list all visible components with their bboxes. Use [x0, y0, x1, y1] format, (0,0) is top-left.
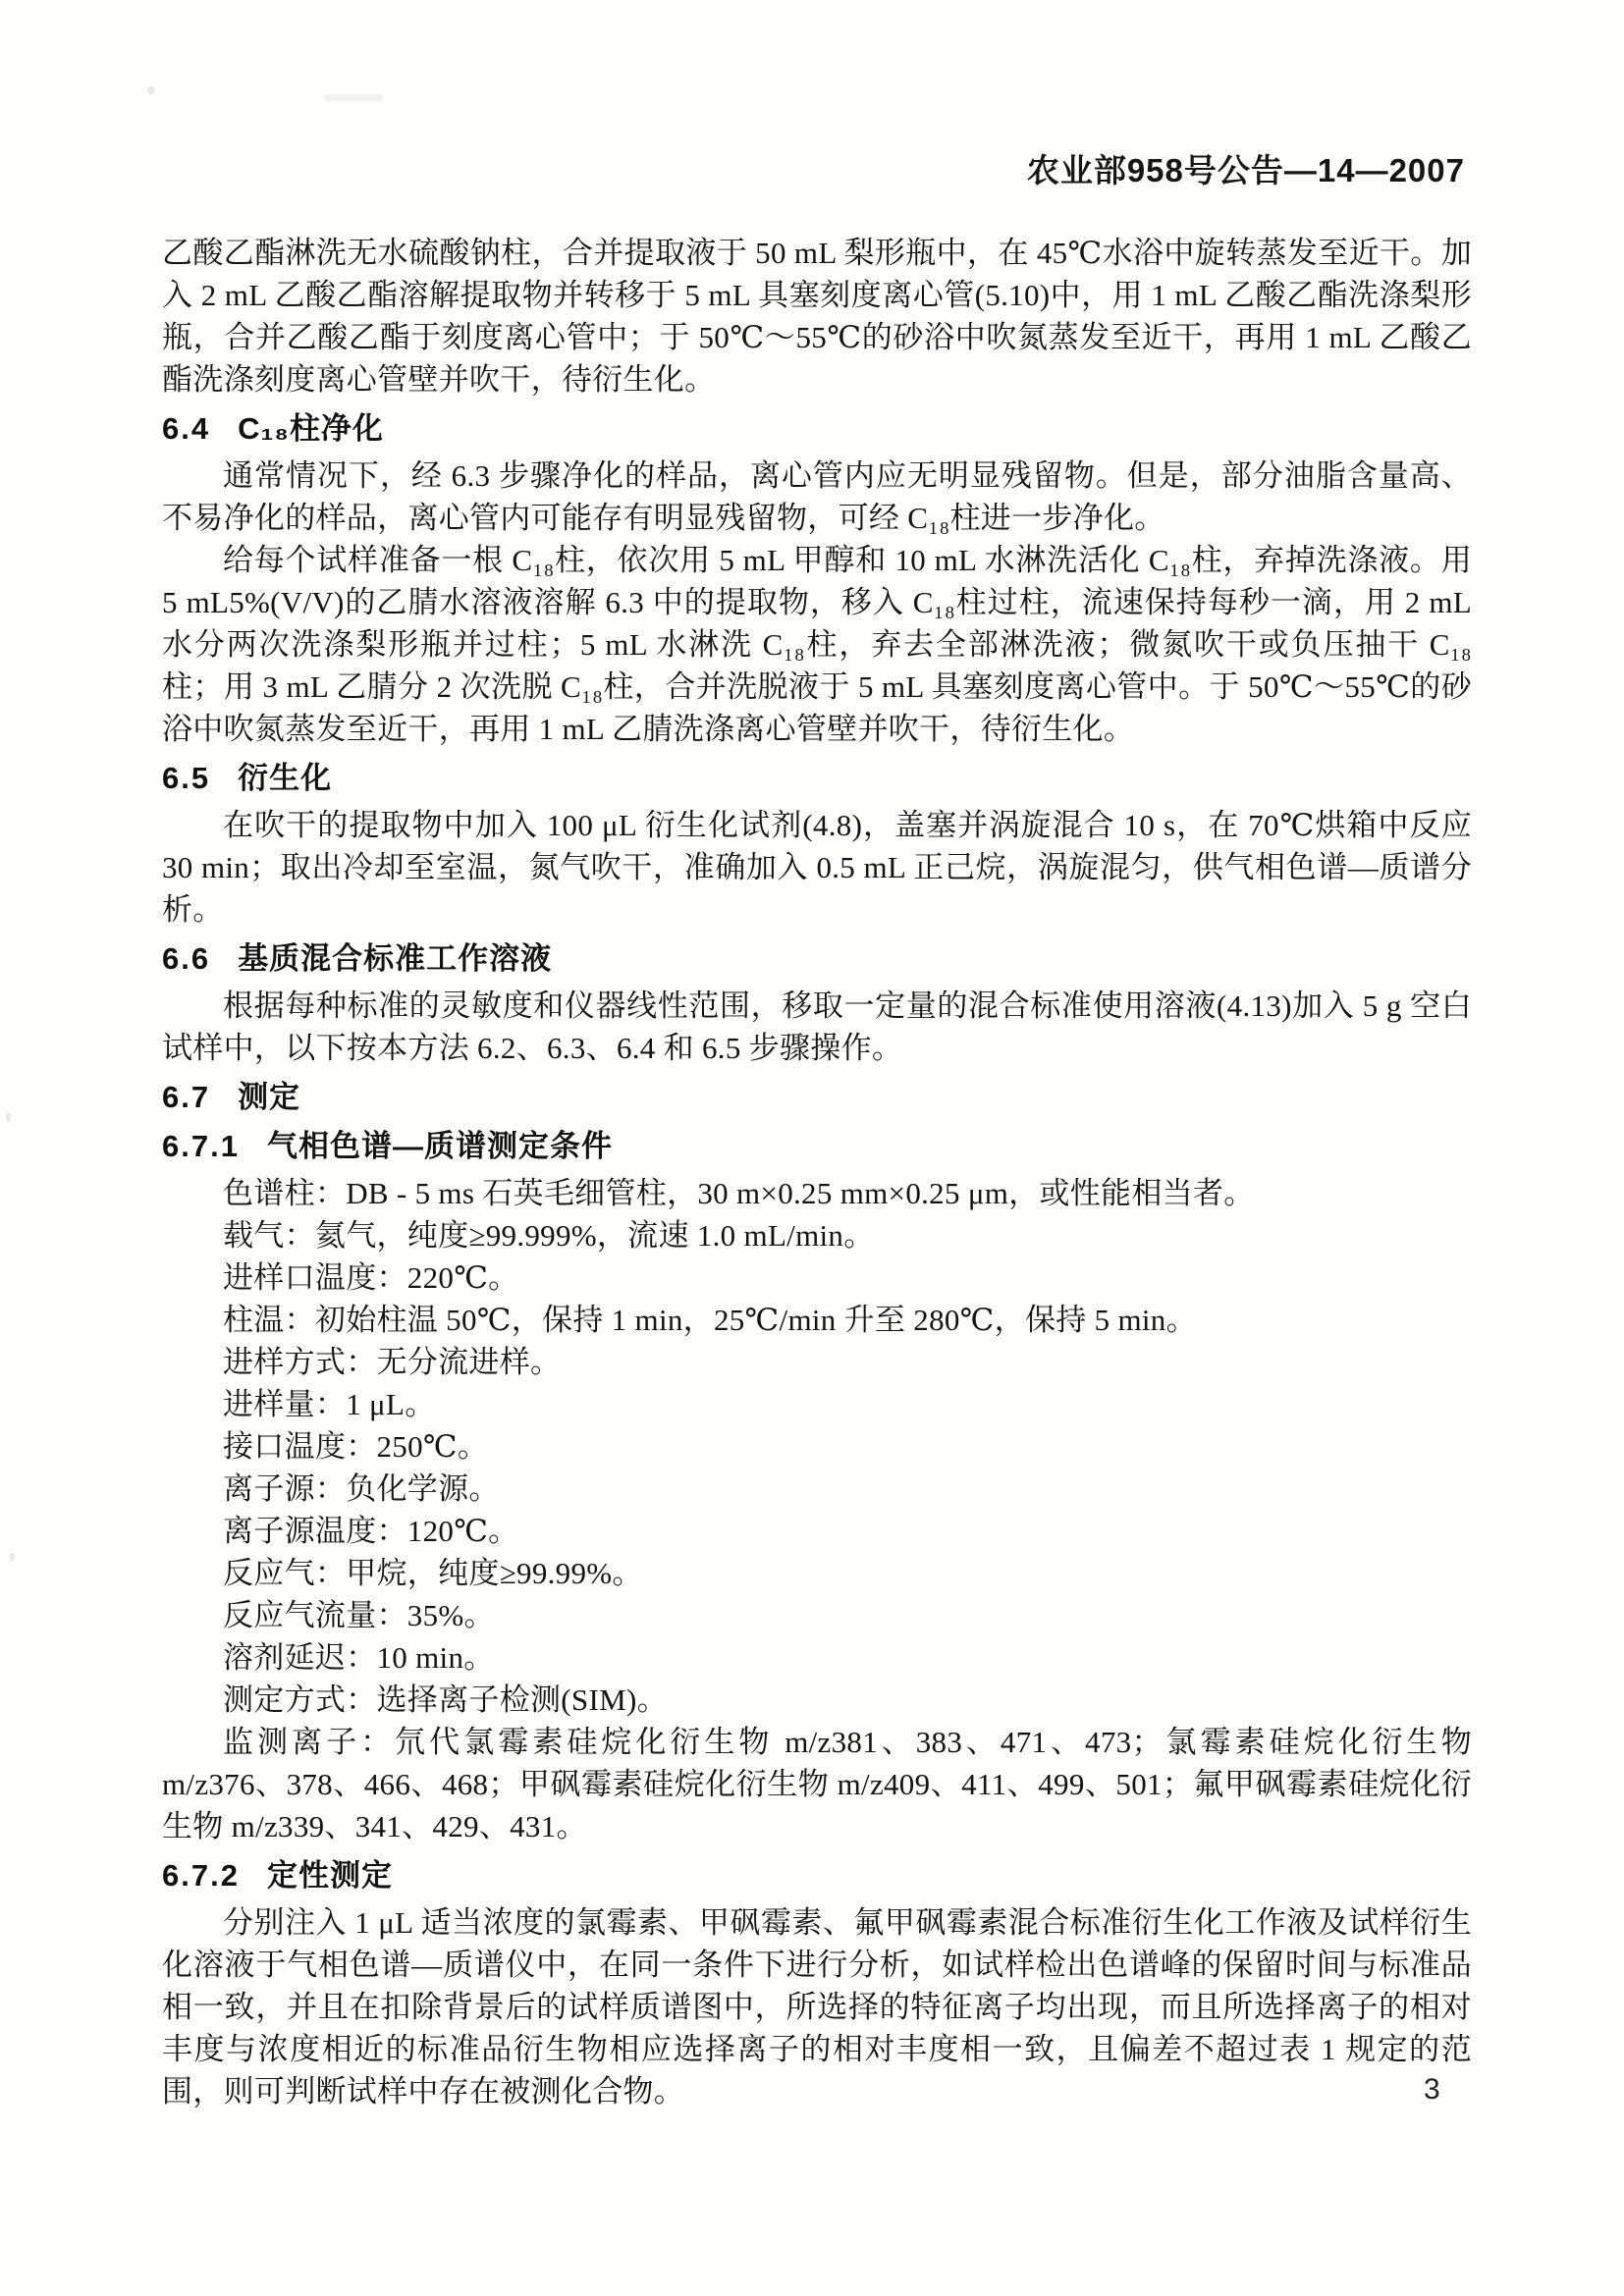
paragraph: 离子源温度：120℃。: [162, 1510, 1472, 1552]
section-heading-6.6: 6.6基质混合标准工作溶液: [162, 937, 1472, 980]
paragraph: 接口温度：250℃。: [162, 1425, 1472, 1468]
paragraph: 给每个试样准备一根 C₁₈柱，依次用 5 mL 甲醇和 10 mL 水淋洗活化 …: [162, 539, 1472, 750]
scan-artifact: [147, 86, 155, 94]
section-heading-6.7.2: 6.7.2定性测定: [162, 1854, 1472, 1896]
document-body: 乙酸乙酯淋洗无水硫酸钠柱，合并提取液于 50 mL 梨形瓶中，在 45℃水浴中旋…: [162, 232, 1472, 2112]
paragraph: 在吹干的提取物中加入 100 μL 衍生化试剂(4.8)，盖塞并涡旋混合 10 …: [162, 804, 1472, 931]
paragraph: 柱温：初始柱温 50℃，保持 1 min，25℃/min 升至 280℃，保持 …: [162, 1299, 1472, 1341]
section-title: 气相色谱—质谱测定条件: [267, 1129, 613, 1163]
section-heading-6.5: 6.5衍生化: [162, 757, 1472, 799]
page-number: 3: [1424, 2073, 1440, 2107]
section-title: C₁₈柱净化: [238, 411, 384, 446]
paragraph: 监测离子：氘代氯霉素硅烷化衍生物 m/z381、383、471、473；氯霉素硅…: [162, 1721, 1472, 1847]
section-number: 6.6: [162, 937, 210, 980]
section-number: 6.7.1: [162, 1125, 240, 1167]
paragraph: 反应气：甲烷，纯度≥99.99%。: [162, 1552, 1472, 1594]
paragraph: 根据每种标准的灵敏度和仪器线性范围，移取一定量的混合标准使用溶液(4.13)加入…: [162, 985, 1472, 1069]
paragraph: 测定方式：选择离子检测(SIM)。: [162, 1679, 1472, 1721]
section-title: 基质混合标准工作溶液: [238, 941, 552, 976]
paragraph: 进样口温度：220℃。: [162, 1256, 1472, 1299]
section-heading-6.4: 6.4C₁₈柱净化: [162, 407, 1472, 450]
section-heading-6.7: 6.7测定: [162, 1076, 1472, 1118]
section-number: 6.4: [162, 407, 210, 450]
paragraph: 载气：氦气，纯度≥99.999%，流速 1.0 mL/min。: [162, 1214, 1472, 1256]
paragraph: 分别注入 1 μL 适当浓度的氯霉素、甲砜霉素、氟甲砜霉素混合标准衍生化工作液及…: [162, 1901, 1472, 2112]
section-title: 测定: [238, 1080, 300, 1114]
section-number: 6.5: [162, 757, 210, 799]
paragraph: 通常情况下，经 6.3 步骤净化的样品，离心管内应无明显残留物。但是，部分油脂含…: [162, 454, 1472, 539]
scan-artifact: [6, 1112, 11, 1122]
paragraph: 进样方式：无分流进样。: [162, 1341, 1472, 1383]
paragraph: 进样量：1 μL。: [162, 1383, 1472, 1425]
paragraph: 乙酸乙酯淋洗无水硫酸钠柱，合并提取液于 50 mL 梨形瓶中，在 45℃水浴中旋…: [162, 232, 1472, 400]
section-heading-6.7.1: 6.7.1气相色谱—质谱测定条件: [162, 1125, 1472, 1167]
paragraph: 溶剂延迟：10 min。: [162, 1636, 1472, 1679]
section-number: 6.7: [162, 1076, 210, 1118]
section-number: 6.7.2: [162, 1854, 240, 1896]
section-title: 定性测定: [267, 1858, 393, 1893]
paragraph: 离子源：负化学源。: [162, 1468, 1472, 1510]
scan-artifact: [324, 94, 383, 101]
section-title: 衍生化: [238, 761, 332, 795]
document-header: 农业部958号公告—14—2007: [1027, 145, 1465, 191]
paragraph: 色谱柱：DB - 5 ms 石英毛细管柱，30 m×0.25 mm×0.25 μ…: [162, 1172, 1472, 1214]
paragraph: 反应气流量：35%。: [162, 1594, 1472, 1636]
scan-artifact: [10, 1553, 15, 1561]
document-page: 农业部958号公告—14—2007 乙酸乙酯淋洗无水硫酸钠柱，合并提取液于 50…: [0, 0, 1624, 2296]
